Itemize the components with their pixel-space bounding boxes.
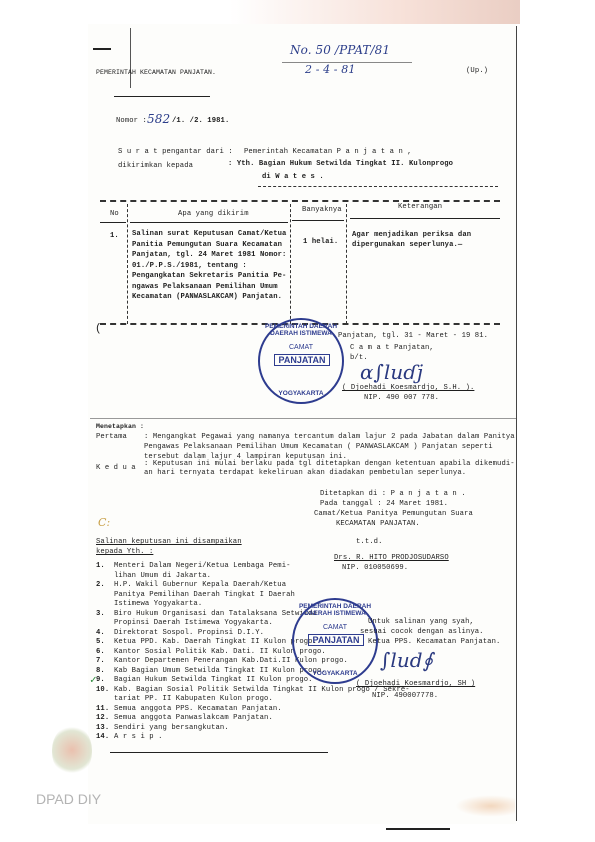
column-divider bbox=[290, 204, 291, 324]
list-item: A r s i p . bbox=[114, 733, 163, 741]
to-label: dikirimkan kepada bbox=[118, 162, 193, 170]
col-header-item: Apa yang dikirim bbox=[178, 210, 249, 218]
dpad-diy-emblem-icon bbox=[52, 725, 92, 775]
list-item: Istimewa Yogyakarta. bbox=[114, 600, 202, 608]
list-item-number: 9. bbox=[96, 676, 105, 684]
certification-line-2: sesuai cocok dengan aslinya. bbox=[360, 628, 484, 636]
menetapkan-label: Menetapkan : bbox=[96, 423, 144, 430]
stamp-bottom-text: YOGYAKARTA bbox=[294, 670, 376, 677]
list-item-number: 11. bbox=[96, 705, 109, 713]
nomor-value: /1. /2. 1981. bbox=[172, 117, 229, 125]
col-header-remarks: Keterangan bbox=[398, 203, 442, 211]
handwritten-date: 2 - 4 - 81 bbox=[305, 63, 355, 76]
remark-line: Agar menjadikan periksa dan bbox=[352, 231, 471, 239]
list-item-number: 6. bbox=[96, 648, 105, 656]
remark-line: dipergunakan seperlunya.— bbox=[352, 241, 462, 249]
item-line: Kecamatan (PANWASLAKCAM) Panjatan. bbox=[132, 293, 282, 301]
pertama-label: Pertama bbox=[96, 433, 127, 441]
margin-dash bbox=[93, 48, 111, 50]
col-header-quantity: Banyaknya bbox=[302, 206, 342, 214]
enactment-place: Ditetapkan di : P a n j a t a n . bbox=[320, 490, 466, 498]
signature-ketua: ∫lud∮ bbox=[380, 648, 433, 672]
item-line: Panitia Pemungutan Suara Kecamatan bbox=[132, 241, 282, 249]
list-item: Direktorat Sospol. Propinsi D.I.Y. bbox=[114, 629, 264, 637]
list-item: Semua anggota PPS. Kecamatan Panjatan. bbox=[114, 705, 282, 713]
certification-line-1: Untuk salinan yang syah, bbox=[368, 618, 474, 626]
official-stamp-2: PEMERINTAH DAERAH DAERAH ISTIMEWA CAMAT … bbox=[292, 598, 378, 684]
archive-watermark: DPAD DIY bbox=[36, 791, 101, 807]
list-item: tariat PP. II Kabupaten Kulon progo. bbox=[114, 695, 273, 703]
list-item-number: 4. bbox=[96, 629, 105, 637]
item-line: Pengangkatan Sekretaris Panitia Pe- bbox=[132, 272, 286, 280]
margin-mark: C: bbox=[98, 516, 110, 529]
stamp-panjatan: PANJATAN bbox=[308, 634, 364, 646]
header-rule bbox=[350, 218, 500, 219]
pertama-line: Pengawas Pelaksanaan Pemilihan Umum Keca… bbox=[144, 443, 493, 451]
signoff-place-date: Panjatan, tgl. 31 - Maret - 19 81. bbox=[338, 332, 488, 340]
row-number: 1. bbox=[110, 232, 119, 240]
col-header-no: No bbox=[110, 210, 119, 218]
official-nip: NIP. 010050699. bbox=[342, 564, 408, 572]
row-quantity: 1 helai. bbox=[303, 238, 338, 246]
list-item-number: 13. bbox=[96, 724, 109, 732]
stamp-bottom-text: YOGYAKARTA bbox=[260, 390, 342, 397]
item-line: Panjatan, tgl. 24 Maret 1981 Nomor: bbox=[132, 251, 286, 259]
list-item: Ketua PPD. Kab. Daerah Tingkat II Kulon … bbox=[114, 638, 317, 646]
list-item-number: 8. bbox=[96, 667, 105, 675]
column-divider bbox=[127, 204, 128, 324]
enactment-date: Pada tanggal : 24 Maret 1981. bbox=[320, 500, 448, 508]
list-item-number: 10. bbox=[96, 686, 109, 694]
section-divider bbox=[90, 418, 516, 419]
certification-name: ( Djoehadi Koesmardjo, SH ) bbox=[356, 680, 475, 688]
column-divider bbox=[346, 204, 347, 324]
distribution-heading: Salinan keputusan ini disampaikan bbox=[96, 538, 242, 546]
header-rule bbox=[100, 222, 126, 223]
from-label: S u r a t pengantar dari : bbox=[118, 148, 233, 156]
list-item-number: 3. bbox=[96, 610, 105, 618]
list-item: lihan Umum di Jakarta. bbox=[114, 572, 211, 580]
item-line: ngawas Pelaksanaan Pemilihan Umum bbox=[132, 283, 278, 291]
mark-up: (Up.) bbox=[466, 67, 488, 75]
nomor-handwritten: 582 bbox=[147, 112, 170, 126]
enactment-role: Camat/Ketua Panitya Pemungutan Suara bbox=[314, 510, 473, 518]
to-value: : Yth. Bagian Hukum Setwilda Tingkat II.… bbox=[228, 160, 453, 168]
page-edge bbox=[516, 26, 517, 821]
fold-mark bbox=[130, 28, 131, 88]
signoff-nip: NIP. 490 007 778. bbox=[364, 394, 439, 402]
official-stamp: PEMERINTAH DAERAH DAERAH ISTIMEWA CAMAT … bbox=[258, 318, 344, 404]
stamp-ring-text: PEMERINTAH DAERAH DAERAH ISTIMEWA bbox=[294, 603, 376, 617]
paper-stain bbox=[230, 0, 520, 24]
signoff-name: ( Djoehadi Koesmardjo, S.H. ). bbox=[342, 384, 474, 392]
list-item: Bagian Hukum Setwilda Tingkat II Kulon p… bbox=[114, 676, 313, 684]
handwritten-reference: No. 50 /PPAT/81 bbox=[290, 43, 390, 57]
list-item-number: 12. bbox=[96, 714, 109, 722]
list-item: Biro Hukum Organisasi dan Tatalaksana Se… bbox=[114, 610, 317, 618]
header-underline bbox=[114, 96, 210, 97]
list-item-number: 1. bbox=[96, 562, 105, 570]
list-item: Panitya Pemilihan Daerah Tingkat I Daera… bbox=[114, 591, 295, 599]
kedua-line: an hari ternyata terdapat kekeliruan aka… bbox=[144, 469, 466, 477]
kedua-line: : Keputusan ini mulai berlaku pada tgl d… bbox=[144, 460, 515, 468]
stamp-ring-text: PEMERINTAH DAERAH DAERAH ISTIMEWA bbox=[260, 323, 342, 337]
item-line: Salinan surat Keputusan Camat/Ketua bbox=[132, 230, 286, 238]
list-item: Semua anggota Panwaslakcam Panjatan. bbox=[114, 714, 273, 722]
kedua-label: K e d u a bbox=[96, 464, 136, 472]
nomor-label: Nomor : bbox=[116, 117, 147, 125]
list-item: Menteri Dalam Negeri/Ketua Lembaga Pemi- bbox=[114, 562, 291, 570]
list-item-number: 5. bbox=[96, 638, 105, 646]
address-rule bbox=[258, 186, 498, 187]
certification-nip: NIP. 490007778. bbox=[372, 692, 438, 700]
certification-line-3: Ketua PPS. Kecamatan Panjatan. bbox=[368, 638, 500, 646]
list-item-number: 2. bbox=[96, 581, 105, 589]
to-place: di W a t e s . bbox=[262, 173, 324, 181]
enactment-ttd: t.t.d. bbox=[356, 538, 382, 546]
pertama-line: : Mengangkat Pegawai yang namanya tercan… bbox=[144, 433, 515, 441]
item-line: 01./P.P.S./1981, tentang : bbox=[132, 262, 247, 270]
header-rule bbox=[292, 220, 344, 221]
paper-stain bbox=[455, 795, 515, 817]
list-item-number: 14. bbox=[96, 733, 109, 741]
list-item: Propinsi Daerah Istimewa Yogyakarta. bbox=[114, 619, 273, 627]
enactment-district: KECAMATAN PANJATAN. bbox=[336, 520, 420, 528]
margin-bracket: ( bbox=[95, 323, 102, 335]
list-end-rule bbox=[110, 752, 328, 753]
stamp-camat: CAMAT bbox=[260, 344, 342, 351]
signoff-title: C a m a t Panjatan, bbox=[350, 344, 434, 352]
list-item: Sendiri yang bersangkutan. bbox=[114, 724, 229, 732]
official-name: Drs. R. HITO PRODJOSUDARSO bbox=[334, 554, 449, 562]
distribution-heading-2: kepada Yth. : bbox=[96, 548, 153, 556]
list-item: H.P. Wakil Gubernur Kepala Daerah/Ketua bbox=[114, 581, 286, 589]
list-item-number: 7. bbox=[96, 657, 105, 665]
from-value: Pemerintah Kecamatan P a n j a t a n , bbox=[244, 148, 412, 156]
stamp-panjatan: PANJATAN bbox=[274, 354, 330, 366]
table-top-rule bbox=[100, 200, 500, 202]
bottom-rule bbox=[386, 828, 450, 830]
header-rule bbox=[130, 222, 288, 223]
institution-name: PEMERINTAH KECAMATAN PANJATAN. bbox=[96, 69, 216, 76]
signature-camat: ɑ∫luɗj bbox=[360, 360, 423, 384]
